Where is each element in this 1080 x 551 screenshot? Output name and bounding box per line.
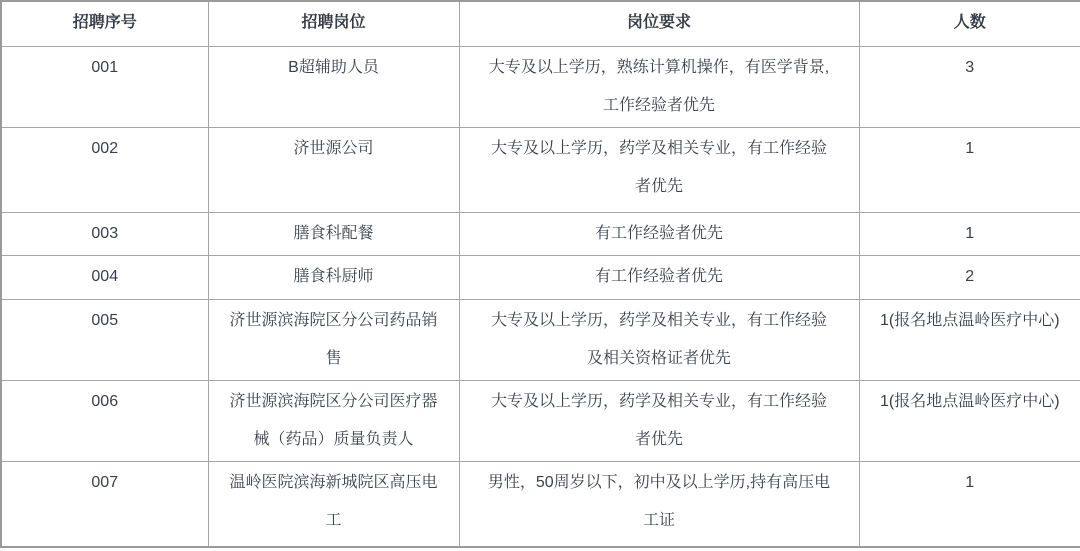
cell-requirements: 大专及以上学历，药学及相关专业，有工作经验者优先 (459, 127, 859, 212)
cell-position: B超辅助人员 (208, 46, 459, 127)
cell-recruit-number: 001 (1, 46, 208, 127)
table-row: 007 温岭医院滨海新城院区高压电工 男性，50周岁以下，初中及以上学历,持有高… (1, 461, 1080, 547)
cell-count: 2 (859, 255, 1080, 299)
table-row: 002 济世源公司 大专及以上学历，药学及相关专业，有工作经验者优先 1 (1, 127, 1080, 212)
cell-recruit-number: 007 (1, 461, 208, 547)
recruitment-table: 招聘序号 招聘岗位 岗位要求 人数 001 B超辅助人员 大专及以上学历，熟练计… (0, 0, 1080, 548)
cell-recruit-number: 004 (1, 255, 208, 299)
cell-recruit-number: 005 (1, 299, 208, 380)
cell-count: 1(报名地点温岭医疗中心) (859, 299, 1080, 380)
header-count: 人数 (859, 1, 1080, 46)
recruitment-table-page: 招聘序号 招聘岗位 岗位要求 人数 001 B超辅助人员 大专及以上学历，熟练计… (0, 0, 1080, 551)
cell-count: 1(报名地点温岭医疗中心) (859, 380, 1080, 461)
cell-requirements: 大专及以上学历，药学及相关专业，有工作经验者优先 (459, 380, 859, 461)
cell-requirements: 有工作经验者优先 (459, 212, 859, 255)
cell-requirements: 大专及以上学历，药学及相关专业，有工作经验及相关资格证者优先 (459, 299, 859, 380)
table-row: 004 膳食科厨师 有工作经验者优先 2 (1, 255, 1080, 299)
cell-count: 1 (859, 461, 1080, 547)
table-row: 006 济世源滨海院区分公司医疗器械（药品）质量负责人 大专及以上学历，药学及相… (1, 380, 1080, 461)
header-recruit-number: 招聘序号 (1, 1, 208, 46)
cell-requirements: 有工作经验者优先 (459, 255, 859, 299)
cell-recruit-number: 006 (1, 380, 208, 461)
cell-count: 3 (859, 46, 1080, 127)
cell-position: 济世源公司 (208, 127, 459, 212)
cell-count: 1 (859, 127, 1080, 212)
cell-position: 济世源滨海院区分公司医疗器械（药品）质量负责人 (208, 380, 459, 461)
cell-requirements: 男性，50周岁以下，初中及以上学历,持有高压电工证 (459, 461, 859, 547)
cell-count: 1 (859, 212, 1080, 255)
header-position: 招聘岗位 (208, 1, 459, 46)
cell-position: 膳食科配餐 (208, 212, 459, 255)
table-row: 003 膳食科配餐 有工作经验者优先 1 (1, 212, 1080, 255)
cell-requirements: 大专及以上学历，熟练计算机操作，有医学背景,工作经验者优先 (459, 46, 859, 127)
cell-position: 膳食科厨师 (208, 255, 459, 299)
cell-position: 济世源滨海院区分公司药品销售 (208, 299, 459, 380)
table-row: 005 济世源滨海院区分公司药品销售 大专及以上学历，药学及相关专业，有工作经验… (1, 299, 1080, 380)
header-requirements: 岗位要求 (459, 1, 859, 46)
table-header-row: 招聘序号 招聘岗位 岗位要求 人数 (1, 1, 1080, 46)
cell-recruit-number: 002 (1, 127, 208, 212)
table-row: 001 B超辅助人员 大专及以上学历，熟练计算机操作，有医学背景,工作经验者优先… (1, 46, 1080, 127)
cell-recruit-number: 003 (1, 212, 208, 255)
cell-position: 温岭医院滨海新城院区高压电工 (208, 461, 459, 547)
